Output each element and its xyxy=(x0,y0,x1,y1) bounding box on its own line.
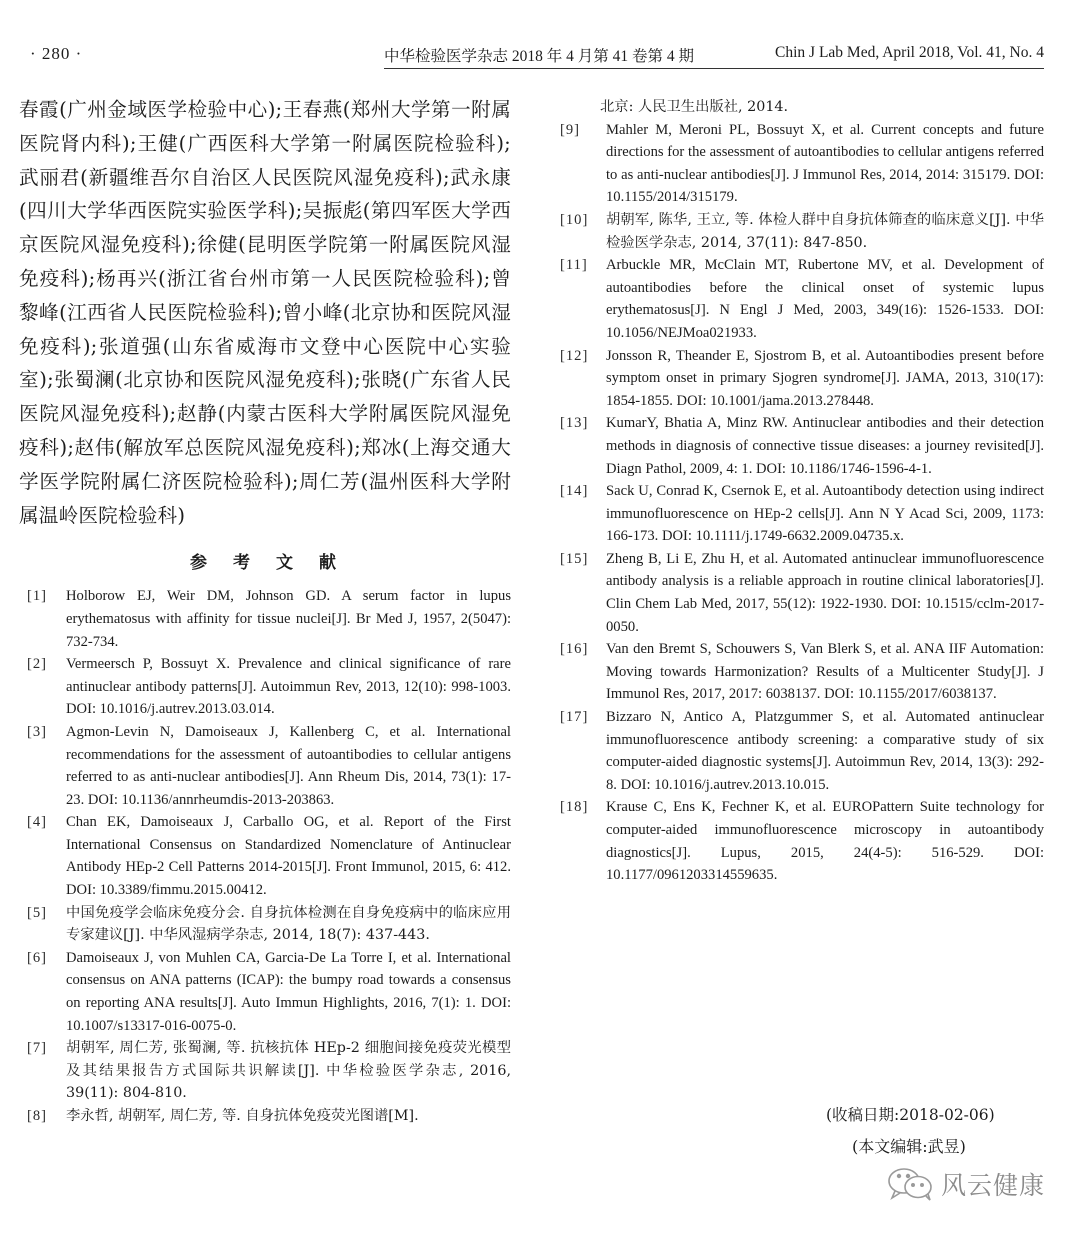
reference-number: [4] xyxy=(19,811,66,901)
reference-text: Bizzaro N, Antico A, Platzgummer S, et a… xyxy=(606,706,1044,796)
reference-item: [2]Vermeersch P, Bossuyt X. Prevalence a… xyxy=(19,653,511,721)
reference-text: 中国免疫学会临床免疫分会. 自身抗体检测在自身免疫病中的临床应用专家建议[J].… xyxy=(66,902,511,947)
reference-number: [17] xyxy=(560,706,606,796)
reference-item: [14]Sack U, Conrad K, Csernok E, et al. … xyxy=(560,480,1044,548)
reference-item: [1]Holborow EJ, Weir DM, Johnson GD. A s… xyxy=(19,585,511,653)
reference-number: [9] xyxy=(560,119,606,209)
reference-number: [3] xyxy=(19,721,66,811)
reference-number: [1] xyxy=(19,585,66,653)
editor-credit: (本文编辑:武昱) xyxy=(810,1131,995,1162)
reference-text: KumarY, Bhatia A, Minz RW. Antinuclear a… xyxy=(606,412,1044,480)
received-date: (收稿日期:2018-02-06) xyxy=(810,1100,995,1131)
reference-number: [18] xyxy=(560,796,606,886)
reference-item: [6]Damoiseaux J, von Muhlen CA, Garcia-D… xyxy=(19,947,511,1037)
reference-item: [4]Chan EK, Damoiseaux J, Carballo OG, e… xyxy=(19,811,511,901)
reference-item: [17]Bizzaro N, Antico A, Platzgummer S, … xyxy=(560,706,1044,796)
reference-number: [2] xyxy=(19,653,66,721)
journal-title-cn: 中华检验医学杂志 2018 年 4 月第 41 卷第 4 期 xyxy=(384,44,694,66)
reference-number: [8] xyxy=(19,1105,66,1128)
reference-item: [7]胡朝军, 周仁芳, 张蜀澜, 等. 抗核抗体 HEp-2 细胞间接免疫荧光… xyxy=(19,1037,511,1105)
watermark-text: 风云健康 xyxy=(941,1166,1045,1202)
reference-text: Vermeersch P, Bossuyt X. Prevalence and … xyxy=(66,653,511,721)
journal-title-en: Chin J Lab Med, April 2018, Vol. 41, No.… xyxy=(775,44,1044,66)
reference-number: [13] xyxy=(560,412,606,480)
acknowledgement-text: 春霞(广州金域医学检验中心);王春燕(郑州大学第一附属医院肾内科);王健(广西医… xyxy=(19,93,511,532)
reference-number: [11] xyxy=(560,254,606,344)
reference-text: 李永哲, 胡朝军, 周仁芳, 等. 自身抗体免疫荧光图谱[M]. xyxy=(66,1105,511,1128)
reference-text: Agmon-Levin N, Damoiseaux J, Kallenberg … xyxy=(66,721,511,811)
reference-item: [15]Zheng B, Li E, Zhu H, et al. Automat… xyxy=(560,548,1044,638)
reference-number: [12] xyxy=(560,345,606,413)
reference-item: [10]胡朝军, 陈华, 王立, 等. 体检人群中自身抗体筛查的临床意义[J].… xyxy=(560,209,1044,254)
reference-text: Jonsson R, Theander E, Sjostrom B, et al… xyxy=(606,345,1044,413)
reference-text: Sack U, Conrad K, Csernok E, et al. Auto… xyxy=(606,480,1044,548)
reference-text: Arbuckle MR, McClain MT, Rubertone MV, e… xyxy=(606,254,1044,344)
wechat-icon xyxy=(887,1167,935,1201)
reference-text: Holborow EJ, Weir DM, Johnson GD. A seru… xyxy=(66,585,511,653)
reference-item: [13]KumarY, Bhatia A, Minz RW. Antinucle… xyxy=(560,412,1044,480)
reference-item: [12]Jonsson R, Theander E, Sjostrom B, e… xyxy=(560,345,1044,413)
reference-text: Mahler M, Meroni PL, Bossuyt X, et al. C… xyxy=(606,119,1044,209)
reference-item: [18]Krause C, Ens K, Fechner K, et al. E… xyxy=(560,796,1044,886)
left-column: 春霞(广州金域医学检验中心);王春燕(郑州大学第一附属医院肾内科);王健(广西医… xyxy=(19,93,511,1128)
reference-text: Chan EK, Damoiseaux J, Carballo OG, et a… xyxy=(66,811,511,901)
reference-item: [8]李永哲, 胡朝军, 周仁芳, 等. 自身抗体免疫荧光图谱[M]. xyxy=(19,1105,511,1128)
reference-number: [15] xyxy=(560,548,606,638)
reference-list-left: [1]Holborow EJ, Weir DM, Johnson GD. A s… xyxy=(19,585,511,1127)
reference-number: [14] xyxy=(560,480,606,548)
reference-text: Krause C, Ens K, Fechner K, et al. EUROP… xyxy=(606,796,1044,886)
reference-item: [16]Van den Bremt S, Schouwers S, Van Bl… xyxy=(560,638,1044,706)
reference-text: Damoiseaux J, von Muhlen CA, Garcia-De L… xyxy=(66,947,511,1037)
right-column: 北京: 人民卫生出版社, 2014.[9]Mahler M, Meroni PL… xyxy=(560,96,1044,887)
reference-item: [9]Mahler M, Meroni PL, Bossuyt X, et al… xyxy=(560,119,1044,209)
reference-text: 胡朝军, 陈华, 王立, 等. 体检人群中自身抗体筛查的临床意义[J]. 中华检… xyxy=(606,209,1044,254)
reference-number: [5] xyxy=(19,902,66,947)
reference-item: [5]中国免疫学会临床免疫分会. 自身抗体检测在自身免疫病中的临床应用专家建议[… xyxy=(19,902,511,947)
reference-number: [10] xyxy=(560,209,606,254)
reference-item: [11]Arbuckle MR, McClain MT, Rubertone M… xyxy=(560,254,1044,344)
reference-text: Zheng B, Li E, Zhu H, et al. Automated a… xyxy=(606,548,1044,638)
reference-number: [16] xyxy=(560,638,606,706)
reference-text: Van den Bremt S, Schouwers S, Van Blerk … xyxy=(606,638,1044,706)
reference-item: [3]Agmon-Levin N, Damoiseaux J, Kallenbe… xyxy=(19,721,511,811)
reference-continuation: 北京: 人民卫生出版社, 2014. xyxy=(560,96,1044,119)
reference-number: [7] xyxy=(19,1037,66,1105)
reference-text: 胡朝军, 周仁芳, 张蜀澜, 等. 抗核抗体 HEp-2 细胞间接免疫荧光模型及… xyxy=(66,1037,511,1105)
page-number: · 280 · xyxy=(30,44,82,64)
watermark: 风云健康 xyxy=(887,1166,1045,1202)
references-heading: 参考文献 xyxy=(41,548,511,573)
reference-list-right: 北京: 人民卫生出版社, 2014.[9]Mahler M, Meroni PL… xyxy=(560,96,1044,887)
running-header: 中华检验医学杂志 2018 年 4 月第 41 卷第 4 期 Chin J La… xyxy=(384,44,1044,69)
reference-number: [6] xyxy=(19,947,66,1037)
article-footer: (收稿日期:2018-02-06) (本文编辑:武昱) xyxy=(810,1100,995,1162)
